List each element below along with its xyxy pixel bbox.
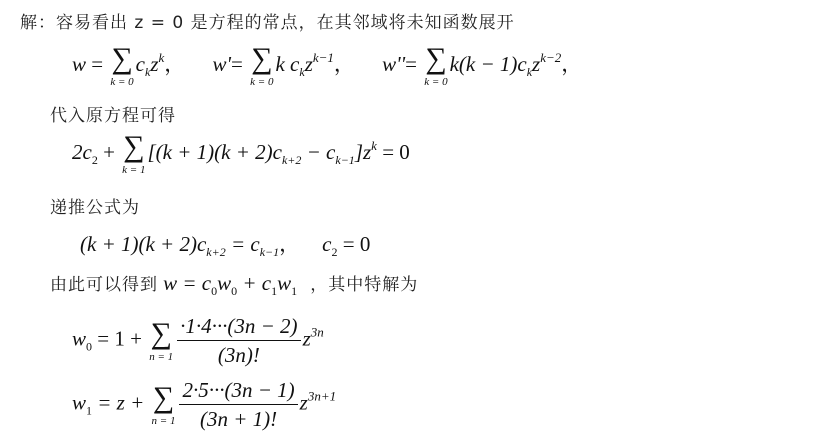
series-expansion-equation: w = ∑k = 0ckzk， w'= ∑k = 0k ckzk−1， w''=… xyxy=(72,44,582,88)
result-text-suffix: ，其中特解为 xyxy=(310,275,418,295)
result-line: 由此可以得到 w = c0w0 + c1w1 ，其中特解为 xyxy=(50,270,418,299)
w-symbol: w xyxy=(72,52,86,76)
w-prime-symbol: w' xyxy=(213,52,232,76)
sum-sign: ∑k = 0 xyxy=(424,44,447,88)
recurrence-equation: (k + 1)(k + 2)ck+2 = ck−1，c2 = 0 xyxy=(80,228,370,260)
general-solution: w = c0w0 + c1w1 xyxy=(163,271,297,295)
substituted-equation: 2c2 + ∑k = 1[(k + 1)(k + 2)ck+2 − ck−1]z… xyxy=(72,132,410,176)
sum-sign: ∑n = 1 xyxy=(149,319,173,363)
w1-solution-equation: w1 = z + ∑n = 12·5···(3n − 1)(3n + 1)!z3… xyxy=(72,378,336,431)
w0-solution-equation: w0 = 1 + ∑n = 1·1·4···(3n − 2)(3n)!z3n xyxy=(72,314,324,367)
intro-text: 解：容易看出 z = 0 是方程的常点，在其邻域将未知函数展开 xyxy=(20,8,515,33)
sum-sign: ∑k = 0 xyxy=(110,44,133,88)
sum-sign: ∑k = 1 xyxy=(122,132,145,176)
fraction: ·1·4···(3n − 2)(3n)! xyxy=(177,314,300,367)
w-double-prime-symbol: w'' xyxy=(382,52,405,76)
sum-sign: ∑n = 1 xyxy=(152,383,176,427)
recurrence-text: 递推公式为 xyxy=(50,193,140,218)
substitute-text: 代入原方程可得 xyxy=(50,101,176,126)
result-text-prefix: 由此可以得到 xyxy=(50,275,158,295)
fraction: 2·5···(3n − 1)(3n + 1)! xyxy=(179,378,297,431)
sum-sign: ∑k = 0 xyxy=(250,44,273,88)
